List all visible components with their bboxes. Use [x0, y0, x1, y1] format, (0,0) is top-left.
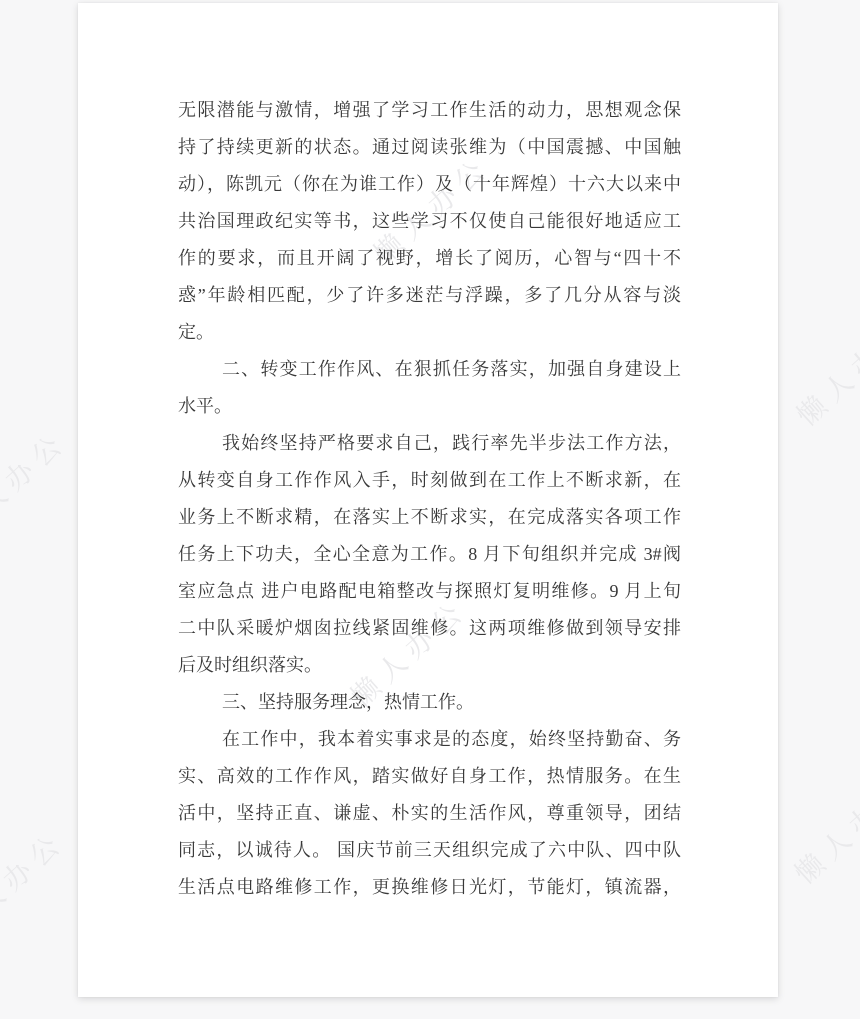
document-line: 二、转变工作作风、在狠抓任务落实，加强自身建设上 [178, 351, 681, 388]
watermark-text: 懒人办公 [0, 421, 75, 547]
document-line: 动），陈凯元（你在为谁工作）及（十年辉煌）十六大以来中 [178, 166, 681, 203]
document-line: 共治国理政纪实等书，这些学习不仅使自己能很好地适应工 [178, 203, 681, 240]
document-line: 实、高效的工作作风，踏实做好自身工作，热情服务。在生 [178, 758, 681, 795]
document-line: 生活点电路维修工作，更换维修日光灯，节能灯，镇流器， [178, 869, 681, 906]
document-line: 在工作中，我本着实事求是的态度，始终坚持勤奋、务 [178, 721, 681, 758]
document-line: 后及时组织落实。 [178, 647, 681, 684]
document-line: 业务上不断求精，在落实上不断求实，在完成落实各项工作 [178, 499, 681, 536]
document-line: 任务上下功夫，全心全意为工作。8 月下旬组织并完成 3#阀 [178, 536, 681, 573]
document-line: 二中队采暖炉烟囱拉线紧固维修。这两项维修做到领导安排 [178, 610, 681, 647]
viewer-background: 懒人办公懒人办公懒人办公懒人办公懒人办公懒人办公 无限潜能与激情，增强了学习工作… [0, 0, 860, 1019]
document-line: 持了持续更新的状态。通过阅读张维为（中国震撼、中国触 [178, 129, 681, 166]
document-line: 我始终坚持严格要求自己，践行率先半步法工作方法， [178, 425, 681, 462]
document-line: 水平。 [178, 388, 681, 425]
document-line: 无限潜能与激情，增强了学习工作生活的动力，思想观念保 [178, 92, 681, 129]
document-line: 作的要求，而且开阔了视野，增长了阅历，心智与“四十不 [178, 240, 681, 277]
document-line: 惑”年龄相匹配，少了许多迷茫与浮躁，多了几分从容与淡 [178, 277, 681, 314]
document-line: 定。 [178, 314, 681, 351]
watermark-text: 懒人办公 [0, 821, 73, 947]
document-line: 从转变自身工作作风入手，时刻做到在工作上不断求新，在 [178, 462, 681, 499]
watermark-text: 懒人办公 [787, 308, 860, 434]
document-body-text: 无限潜能与激情，增强了学习工作生活的动力，思想观念保持了持续更新的状态。通过阅读… [178, 92, 681, 906]
document-line: 三、坚持服务理念，热情工作。 [178, 684, 681, 721]
document-line: 同志，以诚待人。 国庆节前三天组织完成了六中队、四中队 [178, 832, 681, 869]
watermark-text: 懒人办公 [785, 766, 860, 892]
document-line: 活中，坚持正直、谦虚、朴实的生活作风，尊重领导，团结 [178, 795, 681, 832]
document-line: 室应急点 进户电路配电箱整改与探照灯复明维修。9 月上旬 [178, 573, 681, 610]
